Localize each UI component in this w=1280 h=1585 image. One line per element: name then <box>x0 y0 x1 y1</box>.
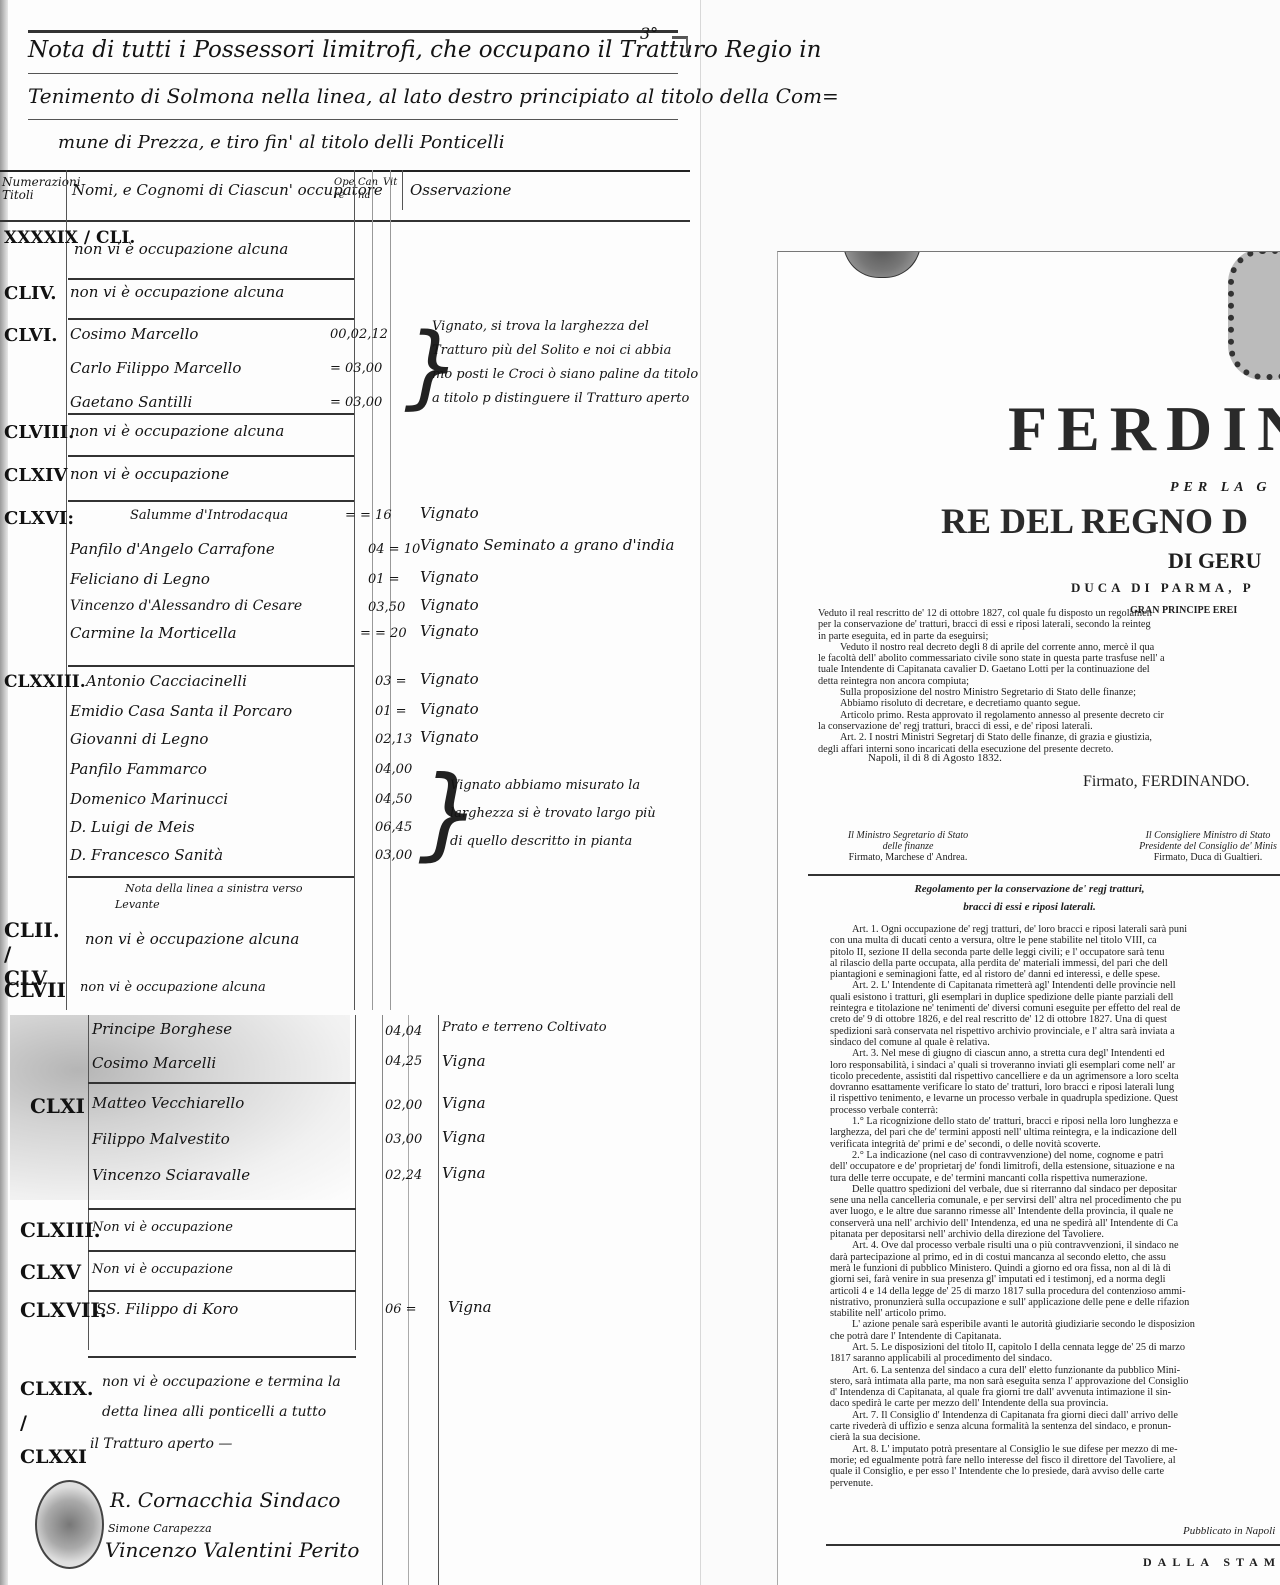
text-line: reintegra e titolazione ne' tenimenti de… <box>830 1003 1280 1014</box>
row-text: non vi è occupazione alcuna <box>70 283 284 301</box>
observation: Vignato Seminato a grano d'india <box>420 536 674 554</box>
observation: Vigna <box>442 1164 486 1182</box>
text-line: Delle quattro spedizioni del verbale, du… <box>830 1184 1280 1195</box>
column-divider <box>372 170 373 1010</box>
text-line: per la conservazione de' tratturi, bracc… <box>818 619 1280 630</box>
column-divider <box>402 170 403 210</box>
text-line: loro responsabilità, i sindaci a' quali … <box>830 1060 1280 1071</box>
occupant-name: Principe Borghese <box>92 1020 232 1038</box>
occupied-measure: 03,00 <box>375 848 412 863</box>
occupant-name: Matteo Vecchiarello <box>92 1094 244 1112</box>
note-line: Levante <box>115 898 160 911</box>
text-line: Art. 1. Ogni occupazione de' regj trattu… <box>830 924 1280 935</box>
text-line: daco spedirà le carte per mezzo dell' In… <box>830 1398 1280 1409</box>
observation: Vigna <box>442 1128 486 1146</box>
title-line-1: Nota di tutti i Possessori limitrofi, ch… <box>28 28 678 74</box>
column-divider <box>390 170 391 1010</box>
occupied-measure: 01 = <box>368 572 400 587</box>
row-number: CLXIV <box>4 465 67 486</box>
text-line: 2.° La indicazione (nel caso di contravv… <box>830 1150 1280 1161</box>
text-line: pitanata per depositarsi nell' archivio … <box>830 1229 1280 1240</box>
observation: Vignato <box>420 568 479 586</box>
occupied-measure: 00,02,12 <box>330 327 388 342</box>
table-header: Numerazioni Titoli Nomi, e Cognomi di Ci… <box>0 170 690 222</box>
title-line: bracci di essi e riposi laterali. <box>778 898 1280 916</box>
occupant-name: Carmine la Morticella <box>70 624 237 642</box>
occupied-measure: 03 = <box>375 674 407 689</box>
text-line: piantagioni e seminagioni fatte, ed al r… <box>830 969 1280 980</box>
occupied-measure: 01 = <box>375 704 407 719</box>
occupied-measure: 02,00 <box>385 1098 422 1113</box>
occupied-measure: 06 = <box>385 1302 417 1317</box>
occupied-measure: 03,50 <box>368 600 405 615</box>
row-number: CLXIII. <box>20 1218 101 1242</box>
regolamento-text: Art. 1. Ogni occupazione de' regj trattu… <box>830 924 1280 1489</box>
text-line: giorni sei, farà venire in sua presenza … <box>830 1274 1280 1285</box>
text-line: sene una nella cancelleria comunale, e p… <box>830 1195 1280 1206</box>
occupant-name: Salumme d'Introdacqua <box>130 508 288 523</box>
col-header-numerazione: Numerazioni Titoli <box>2 176 62 202</box>
text-line: processo verbale conterrà: <box>830 1105 1280 1116</box>
signature-witness: Simone Carapezza <box>108 1522 212 1535</box>
divider <box>808 874 1280 876</box>
text-line: le facoltà dell' abolito commessariato c… <box>818 653 1280 664</box>
text-line: Art. 6. La sentenza del sindaco a cura d… <box>830 1365 1280 1376</box>
row-number: CLXIX. / CLXXI <box>20 1372 90 1474</box>
row-text: detta linea alli ponticelli a tutto <box>102 1404 326 1420</box>
text-line: Art. 2. I nostri Ministri Segretarj di S… <box>818 732 1280 743</box>
row-divider <box>88 1250 356 1252</box>
occupant-name: Carlo Filippo Marcello <box>70 359 241 377</box>
occupant-name: Giovanni di Legno <box>70 730 208 748</box>
occupant-name: Feliciano di Legno <box>70 570 210 588</box>
occupied-measure: 06,45 <box>375 820 412 835</box>
observation-line: Tratturo più del Solito e noi ci abbia <box>432 339 698 363</box>
row-number: CLVI. <box>4 325 58 346</box>
observation: Vigna <box>442 1052 486 1070</box>
text-line: quali esistono i tratturi, gli esemplari… <box>830 992 1280 1003</box>
text-line: quale il Consiglio, e per esso l' Intend… <box>830 1466 1280 1477</box>
text-line: pervenute. <box>830 1478 1280 1489</box>
occupant-name: Filippo Malvestito <box>92 1130 230 1148</box>
text-line: spedizioni sarà conservata nel rispettiv… <box>830 1026 1280 1037</box>
row-number: CLVIII. <box>4 422 74 443</box>
text-line: larghezza, del pari che de' termini appo… <box>830 1127 1280 1138</box>
row-divider <box>68 665 354 667</box>
row-divider <box>88 1082 356 1084</box>
row-text: non vi è occupazione alcuna <box>80 980 266 995</box>
occupant-name: Vincenzo d'Alessandro di Cesare <box>70 598 302 614</box>
text-line: la conservazione de' regj tratturi, brac… <box>818 721 1280 732</box>
row-text: non vi è occupazione alcuna <box>85 930 299 948</box>
text-line: al rilascio della parte occupata, alla p… <box>830 958 1280 969</box>
occupied-measure: 04,50 <box>375 792 412 807</box>
observation: Vignato abbiamo misurato la larghezza si… <box>450 772 656 856</box>
text-line: creto de' 9 di ottobre 1826, e del real … <box>830 1014 1280 1025</box>
row-number: CLXVII. <box>20 1298 107 1322</box>
text-line: con una multa di ducati cento a versura,… <box>830 935 1280 946</box>
occupied-measure: 04,25 <box>385 1054 422 1069</box>
occupant-name: Vincenzo Sciaravalle <box>92 1166 250 1184</box>
text-line: L' azione penale sarà esperibile avanti … <box>830 1319 1280 1330</box>
text-line: darà partecipazione al primo, ed in di c… <box>830 1252 1280 1263</box>
title-line-2: Tenimento di Solmona nella linea, al lat… <box>28 74 678 120</box>
text-line: sindaco del comune al quale è relativa. <box>830 1037 1280 1048</box>
occupied-measure: 04,00 <box>375 762 412 777</box>
manuscript-page: 3° Nota di tutti i Possessori limitrofi,… <box>0 0 701 1585</box>
occupant-name: D. Luigi de Meis <box>70 818 195 836</box>
text-line: stero, sarà intimata alla parte, ma non … <box>830 1376 1280 1387</box>
note-line: Nota della linea a sinistra verso <box>125 882 303 895</box>
decree-text: Veduto il real rescritto de' 12 di ottob… <box>818 608 1280 755</box>
row-number: CLXI <box>30 1094 85 1118</box>
text-line: in parte eseguita, ed in parte da esegui… <box>818 631 1280 642</box>
manuscript-title: Nota di tutti i Possessori limitrofi, ch… <box>28 28 678 165</box>
text-line: dell' occupatore e de' proprietarj de' f… <box>830 1161 1280 1172</box>
text-line: dovranno esattamente verificare lo stato… <box>830 1082 1280 1093</box>
occupant-name: Panfilo Fammarco <box>70 760 207 778</box>
text-line: tura delle terre occupate, e de' termini… <box>830 1173 1280 1184</box>
signature-president: Il Consigliere Ministro di Stato Preside… <box>1088 830 1280 863</box>
row-number: CLIV. <box>4 283 57 304</box>
observation: Prato e terreno Coltivato <box>442 1020 607 1035</box>
occupant-name: SS. Filippo di Koro <box>96 1300 238 1318</box>
observation: Vignato <box>420 504 479 522</box>
text-line: d' Intendenza di Capitanata, al quale fr… <box>830 1387 1280 1398</box>
row-divider <box>68 413 354 415</box>
text-line: verificata integrità de' primi e de' sec… <box>830 1139 1280 1150</box>
decree-signed: Firmato, FERDINANDO. <box>1083 773 1250 791</box>
sig-line: Firmato, Marchese d' Andrea. <box>808 852 1008 863</box>
column-divider <box>354 170 355 1010</box>
title-line-3: mune di Prezza, e tiro fin' al titolo de… <box>28 120 678 165</box>
row-text: non vi è occupazione e termina la <box>102 1374 341 1390</box>
row-text: Non vi è occupazione <box>92 1262 233 1277</box>
occupant-name: Gaetano Santilli <box>70 393 192 411</box>
occupied-measure: = 03,00 <box>330 361 382 376</box>
col-header-canne: Can na <box>358 176 378 202</box>
municipal-seal <box>35 1480 104 1569</box>
row-divider <box>68 455 354 457</box>
text-line: Sulla proposizione del nostro Ministro S… <box>818 687 1280 698</box>
observation-line: a titolo p distinguere il Tratturo apert… <box>432 387 698 411</box>
text-line: stabilite nell' articolo primo. <box>830 1308 1280 1319</box>
occupied-measure: 02,24 <box>385 1168 422 1183</box>
row-text: non vi è occupazione alcuna <box>70 422 284 440</box>
signature-perito: Vincenzo Valentini Perito <box>105 1538 359 1562</box>
col-header-osservazione: Osservazione <box>410 184 511 197</box>
text-line: Art. 2. L' Intendente di Capitanata rime… <box>830 980 1280 991</box>
text-line: Veduto il real rescritto de' 12 di ottob… <box>818 608 1280 619</box>
regolamento-title: Regolamento per la conservazione de' reg… <box>778 880 1280 916</box>
row-divider <box>88 1290 356 1292</box>
row-number: CLVII <box>4 978 66 1002</box>
text-line: Art. 4. Ove dal processo verbale risulti… <box>830 1240 1280 1251</box>
observation: Vignato <box>420 670 479 688</box>
title-line: Regolamento per la conservazione de' reg… <box>778 880 1280 898</box>
column-divider <box>355 1015 356 1350</box>
col-header-opere: Ope re <box>334 176 354 202</box>
text-line: Art. 7. Il Consiglio d' Intendenza di Ca… <box>830 1410 1280 1421</box>
text-line: 1817 saranno applicabili al procedimento… <box>830 1353 1280 1364</box>
signature-minister: Il Ministro Segretario di Stato delle fi… <box>808 830 1008 863</box>
decree-subheading: DI GERU <box>1168 548 1262 574</box>
decree-subheading: RE DEL REGNO D <box>941 500 1248 542</box>
decree-heading: FERDIN <box>1008 392 1280 466</box>
sig-line: Il Consigliere Ministro di Stato <box>1088 830 1280 841</box>
row-text: Non vi è occupazione <box>92 1220 233 1235</box>
observation-line: di quello descritto in pianta <box>450 828 656 856</box>
text-line: morie; ed egualmente potrà fare nello in… <box>830 1455 1280 1466</box>
printed-decree-page: FERDIN PER LA G RE DEL REGNO D DI GERU D… <box>777 251 1280 1585</box>
row-number: CLXXIII. <box>4 672 86 692</box>
text-line: Abbiamo risoluto di decretare, e decreti… <box>818 698 1280 709</box>
row-divider <box>68 318 354 320</box>
occupied-measure: 04,04 <box>385 1024 422 1039</box>
occupant-name: D. Francesco Sanità <box>70 846 223 864</box>
occupied-measure: 02,13 <box>375 732 412 747</box>
row-number: CLXV <box>20 1260 81 1284</box>
occupant-name: Antonio Cacciacinelli <box>86 672 247 690</box>
occupied-measure: 04 = 10 <box>368 542 420 557</box>
text-line: 1.° La ricognizione dello stato de' trat… <box>830 1116 1280 1127</box>
text-line: nistrativo, pronunzierà sulla occupazion… <box>830 1297 1280 1308</box>
occupied-measure: = = 20 <box>360 626 407 641</box>
row-text: non vi è occupazione alcuna <box>74 240 288 258</box>
text-line: cierà la sua decisione. <box>830 1432 1280 1443</box>
text-line: il rispettivo tenimento, e levarne un pr… <box>830 1093 1280 1104</box>
row-divider <box>68 876 354 878</box>
row-divider <box>68 278 354 280</box>
occupied-measure: = = 16 <box>345 508 392 523</box>
observation-line: larghezza si è trovato largo più <box>450 800 656 828</box>
column-divider <box>382 1015 383 1585</box>
sig-line: Presidente del Consiglio de' Minis <box>1088 841 1280 852</box>
text-line: detta reintegra non ancora compiuta; <box>818 676 1280 687</box>
decree-subheading: PER LA G <box>1170 480 1271 496</box>
occupant-name: Cosimo Marcelli <box>92 1054 216 1072</box>
royal-coat-of-arms <box>1228 252 1280 380</box>
occupant-name: Cosimo Marcello <box>70 325 198 343</box>
decree-subheading: DUCA DI PARMA, P <box>1071 580 1255 596</box>
text-line: conserverà una nell' archivio dell' Inte… <box>830 1218 1280 1229</box>
observation: Vignato <box>420 700 479 718</box>
signature-sindaco: R. Cornacchia Sindaco <box>110 1488 340 1512</box>
text-line: Art. 8. L' imputato potrà presentare al … <box>830 1444 1280 1455</box>
publication-note: Pubblicato in Napoli <box>1183 1525 1275 1537</box>
observation: Vignato <box>420 596 479 614</box>
observation-line: mo posti le Croci ò siano paline da tito… <box>432 363 698 387</box>
text-line: merà le funzioni di pubblico Ministero. … <box>830 1263 1280 1274</box>
observation: Vignato <box>420 622 479 640</box>
text-line: Art. 3. Nel mese di giugno di ciascun an… <box>830 1048 1280 1059</box>
row-divider <box>88 1208 356 1210</box>
occupied-measure: 03,00 <box>385 1132 422 1147</box>
occupant-name: Domenico Marinucci <box>70 790 228 808</box>
text-line: che potrà dare l' Intendente di Capitana… <box>830 1331 1280 1342</box>
row-text: il Tratturo aperto — <box>90 1436 232 1452</box>
text-line: Art. 5. Le disposizioni del titolo II, c… <box>830 1342 1280 1353</box>
row-divider <box>68 500 354 502</box>
text-line: pitolo II, sezione II della seconda part… <box>830 947 1280 958</box>
observation-line: Vignato, si trova la larghezza del <box>432 315 698 339</box>
text-line: tuale Intendente di Capitanata cavalier … <box>818 664 1280 675</box>
row-divider <box>88 1356 356 1358</box>
text-line: articoli 4 e 14 della legge de' 25 di ma… <box>830 1286 1280 1297</box>
column-divider <box>66 170 67 1010</box>
divider <box>826 1544 1280 1546</box>
observation: Vigna <box>442 1094 486 1112</box>
text-line: ticolo precedente, assistiti dal rispett… <box>830 1071 1280 1082</box>
sig-line: Il Ministro Segretario di Stato <box>808 830 1008 841</box>
occupant-name: Panfilo d'Angelo Carrafone <box>70 540 275 558</box>
row-number: CLXVI: <box>4 508 74 529</box>
observation: Vigna <box>448 1298 492 1316</box>
column-divider <box>438 1015 439 1585</box>
sig-line: Firmato, Duca di Gualtieri. <box>1088 852 1280 863</box>
occupant-name: Emidio Casa Santa il Porcaro <box>70 702 292 720</box>
text-line: Articolo primo. Resta approvato il regol… <box>818 710 1280 721</box>
sig-line: delle finanze <box>808 841 1008 852</box>
observation: Vignato, si trova la larghezza del Tratt… <box>432 315 698 411</box>
occupied-measure: = 03,00 <box>330 395 382 410</box>
observation-line: Vignato abbiamo misurato la <box>450 772 656 800</box>
text-line: aver luogo, e le altre due saranno rimes… <box>830 1206 1280 1217</box>
text-line: carte rivederà di uffizio e senza alcuna… <box>830 1421 1280 1432</box>
printer-imprint: DALLA STAM <box>1143 1555 1280 1570</box>
row-text: non vi è occupazione <box>70 465 229 483</box>
royal-emblem-small <box>843 252 921 278</box>
observation: Vignato <box>420 728 479 746</box>
text-line: Veduto il nostro real decreto degli 8 di… <box>818 642 1280 653</box>
decree-date: Napoli, il dì 8 di Agosto 1832. <box>868 752 1002 764</box>
